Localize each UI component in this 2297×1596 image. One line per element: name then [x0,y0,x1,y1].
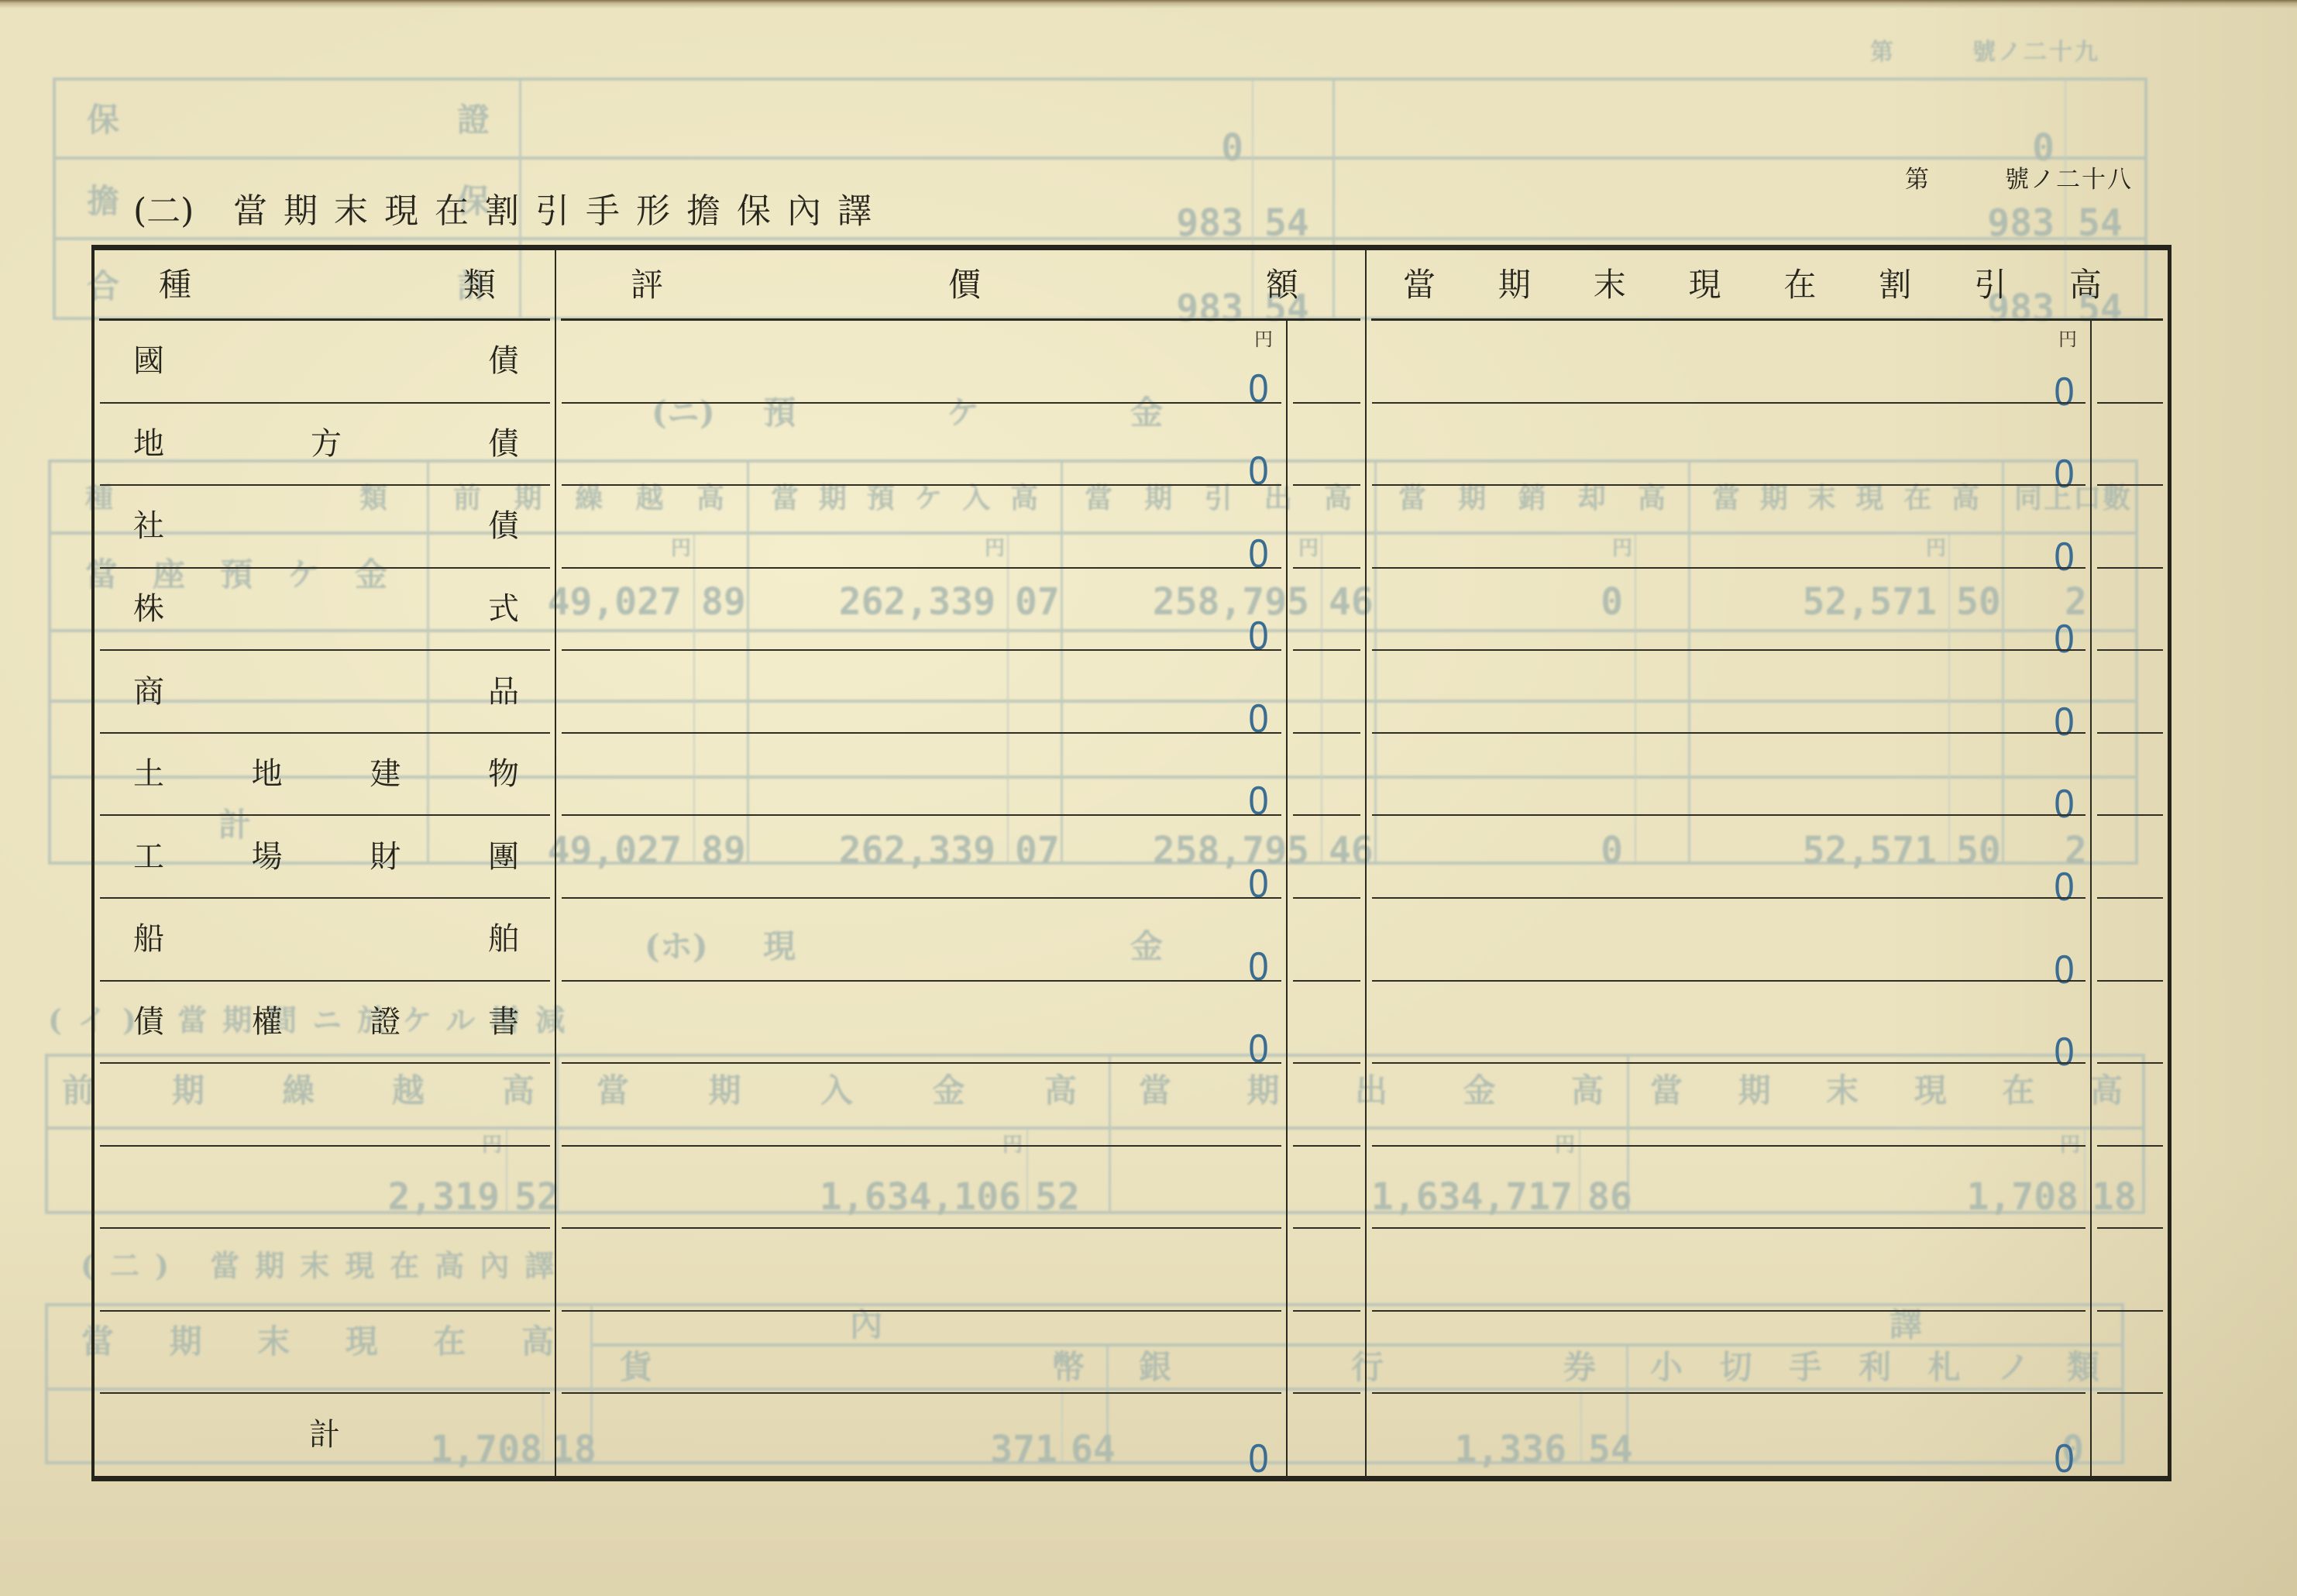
glyph: 證 [457,103,490,137]
glyph: 評 [631,269,663,301]
row-type-label: 株式 [95,568,555,651]
discount-total-value: 0 [2055,1439,2075,1479]
valuation-sen [1286,1146,1365,1229]
valuation-total-value: 0 [1249,1439,1269,1479]
valuation-cell: 0 [555,485,1365,568]
glyph: 種 [159,269,191,301]
discount-cell: 0 [1365,568,2168,651]
valuation-total-sen [1286,1393,1365,1476]
discount-cell: 0 [1365,733,2168,816]
discount-yen [1367,1311,2090,1394]
row-type-label: 船舶 [95,898,555,981]
valuation-cell: 0 [555,733,1365,816]
discount-yen: 0 [1367,403,2090,486]
discount-sen [2090,650,2168,733]
bleed-value: 0 [1807,130,2055,166]
bleed-value: 983 [995,205,1243,241]
discount-sen [2090,1311,2168,1394]
discount-yen: 0 [1367,568,2090,651]
glyph: 擔 [87,184,119,218]
table-row: 國債 円 0 円 0 [95,320,2168,403]
glyph: 商 [133,676,164,707]
glyph: 書 [488,1006,519,1037]
valuation-yen: 0 [556,650,1286,733]
valuation-sen [1286,650,1365,733]
discount-sen [2090,815,2168,898]
valuation-sen [1286,320,1365,403]
row-type-label: 國債 [95,320,555,403]
valuation-cell: 0 [555,568,1365,651]
row-type-label: 土地建物 [95,733,555,816]
valuation-cell: 円 0 [555,320,1365,403]
yen-unit-mark: 円 [2058,330,2077,349]
valuation-cell: 0 [555,981,1365,1064]
valuation-cell [555,1063,1365,1146]
bleed-form-number-suffix: 號ノ二十九 [1972,36,2100,70]
glyph: 方 [311,428,342,459]
discount-cell [1365,1146,2168,1229]
glyph: 工 [133,841,164,872]
valuation-cell [555,1228,1365,1311]
discount-cell: 0 [1365,485,2168,568]
glyph: 保 [87,103,119,137]
table-row [95,1063,2168,1146]
discount-total-yen: 0 [1367,1393,2090,1476]
glyph: 額 [1266,269,1298,301]
discount-yen [1367,1146,2090,1229]
glyph: 式 [488,593,519,624]
table-row: 工場財團 0 0 [95,815,2168,898]
discount-total-cell: 0 [1365,1393,2168,1476]
valuation-yen: 0 [556,898,1286,981]
row-type-label: 商品 [95,650,555,733]
glyph: 株 [133,593,164,624]
collateral-breakdown-table: 種類 評價額 當期末現在割引高 國債 円 0 円 0 地方債 0 0 [91,245,2171,1481]
valuation-cell: 0 [555,898,1365,981]
row-type-label: 工場財團 [95,815,555,898]
valuation-yen [556,1228,1286,1311]
row-type-label [95,1146,555,1229]
form-number-suffix: 號ノ二十八 [2005,167,2133,192]
discount-cell [1365,1228,2168,1311]
valuation-total-yen: 0 [556,1393,1286,1476]
yen-unit-mark: 円 [1254,330,1273,349]
glyph: 債 [488,346,519,377]
glyph: 地 [252,758,283,789]
glyph: 財 [370,841,401,872]
glyph: 類 [463,269,496,301]
glyph: 品 [488,676,519,707]
discount-sen [2090,1146,2168,1229]
discount-sen [2090,898,2168,981]
valuation-sen [1286,403,1365,486]
discount-sen [2090,568,2168,651]
glyph: 在 [1783,269,1816,301]
glyph: 船 [133,924,164,955]
valuation-sen [1286,1228,1365,1311]
glyph: 建 [370,758,401,789]
valuation-cell: 0 [555,815,1365,898]
valuation-yen: 0 [556,815,1286,898]
valuation-yen [556,1311,1286,1394]
glyph: 高 [2069,269,2102,301]
table-total-row: 計 0 0 [95,1393,2168,1476]
table-row: 地方債 0 0 [95,403,2168,486]
discount-yen: 0 [1367,815,2090,898]
glyph: 債 [488,511,519,542]
discount-total-sen [2090,1393,2168,1476]
valuation-sen [1286,485,1365,568]
row-type-label: 社債 [95,485,555,568]
bleed-value: 54 [1264,205,1309,241]
discount-sen [2090,733,2168,816]
glyph: 引 [1974,269,2006,301]
glyph: 國 [133,346,164,377]
table-row: 土地建物 0 0 [95,733,2168,816]
table-row: 商品 0 0 [95,650,2168,733]
discount-yen [1367,1063,2090,1146]
valuation-yen: 0 [556,568,1286,651]
glyph: 末 [1594,269,1626,301]
discount-cell: 0 [1365,981,2168,1064]
valuation-sen [1286,898,1365,981]
glyph: 地 [133,428,164,459]
discount-yen [1367,1228,2090,1311]
discount-sen [2090,320,2168,403]
valuation-cell [555,1311,1365,1394]
table-header-row: 種類 評價額 當期末現在割引高 [95,250,2168,320]
discount-cell: 0 [1365,650,2168,733]
row-type-label [95,1063,555,1146]
valuation-yen [556,1063,1286,1146]
valuation-yen: 0 [556,403,1286,486]
glyph: 團 [488,841,519,872]
valuation-sen [1286,1311,1365,1394]
table-row: 船舶 0 0 [95,898,2168,981]
section-title: 當期末現在割引手形擔保內譯 [233,194,888,229]
valuation-cell: 0 [555,403,1365,486]
discount-yen: 0 [1367,733,2090,816]
glyph: 舶 [488,924,519,955]
glyph: 計 [309,1419,340,1450]
valuation-yen: 円 0 [556,320,1286,403]
discount-yen: 円 0 [1367,320,2090,403]
valuation-yen [556,1146,1286,1229]
glyph: 社 [133,511,164,542]
discount-sen [2090,1063,2168,1146]
bleed-value: 54 [2078,205,2123,241]
total-label: 計 [95,1393,555,1476]
glyph: 價 [948,269,981,301]
discount-sen [2090,403,2168,486]
glyph: 期 [1498,269,1531,301]
table-row [95,1311,2168,1394]
row-type-label [95,1311,555,1394]
discount-sen [2090,485,2168,568]
glyph: 證 [370,1006,401,1037]
discount-cell: 0 [1365,815,2168,898]
valuation-yen: 0 [556,485,1286,568]
discount-cell: 0 [1365,403,2168,486]
table-row [95,1228,2168,1311]
table-row: 株式 0 0 [95,568,2168,651]
row-type-label: 債權證書 [95,981,555,1064]
bleed-form-number-prefix: 第 [1870,36,1893,70]
valuation-cell: 0 [555,650,1365,733]
row-type-label [95,1228,555,1311]
glyph: 前 [62,1074,95,1108]
valuation-sen [1286,981,1365,1064]
discount-cell: 円 0 [1365,320,2168,403]
section-number: (二) [133,194,194,229]
valuation-sen [1286,815,1365,898]
form-number-prefix: 第 [1905,167,1929,192]
valuation-sen [1286,568,1365,651]
valuation-yen: 0 [556,981,1286,1064]
glyph: 物 [488,758,519,789]
valuation-sen [1286,733,1365,816]
valuation-yen: 0 [556,733,1286,816]
glyph: 債 [488,428,519,459]
glyph: 現 [1689,269,1721,301]
valuation-sen [1286,1063,1365,1146]
table-row [95,1146,2168,1229]
discount-yen: 0 [1367,485,2090,568]
glyph: 割 [1879,269,1911,301]
discount-sen [2090,981,2168,1064]
discount-yen: 0 [1367,898,2090,981]
glyph: 當 [1403,269,1436,301]
discount-cell [1365,1311,2168,1394]
header-valuation: 評價額 [555,250,1365,320]
bleed-label: 保證 [87,103,490,137]
discount-sen [2090,1228,2168,1311]
glyph: 債 [133,1006,164,1037]
glyph: 權 [252,1006,283,1037]
header-discount-balance: 當期末現在割引高 [1365,250,2168,320]
valuation-cell [555,1146,1365,1229]
bleed-value: 983 [1807,205,2055,241]
table-row: 債權證書 0 0 [95,981,2168,1064]
discount-cell: 0 [1365,898,2168,981]
row-type-label: 地方債 [95,403,555,486]
glyph: 土 [133,758,164,789]
valuation-total-cell: 0 [555,1393,1365,1476]
glyph: 場 [252,841,283,872]
bleed-value: 0 [995,130,1243,166]
discount-cell [1365,1063,2168,1146]
table-row: 社債 0 0 [95,485,2168,568]
header-type: 種類 [95,250,555,320]
discount-yen: 0 [1367,650,2090,733]
discount-yen: 0 [1367,981,2090,1064]
